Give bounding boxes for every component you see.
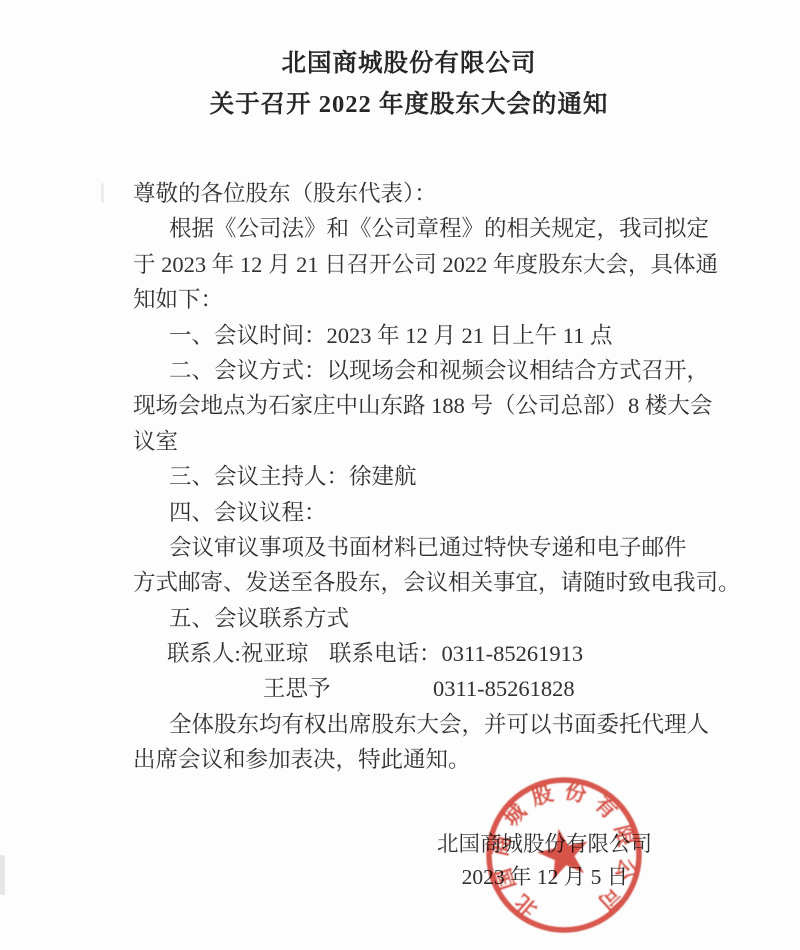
contact-phone-1: 联系电话：0311-85261913 <box>329 636 583 671</box>
document-body: 尊敬的各位股东（股东代表）： 根据《公司法》和《公司章程》的相关规定，我司拟定 … <box>133 176 713 778</box>
signature-company: 北国商城股份有限公司 <box>437 827 653 862</box>
closing-line-2: 出席会议和参加表决，特此通知。 <box>133 742 713 777</box>
item-5-contact-title: 五、会议联系方式 <box>133 601 713 636</box>
salutation-line: 尊敬的各位股东（股东代表）： <box>133 176 713 211</box>
signature-date: 2023 年 12 月 5 日 <box>437 862 653 892</box>
signature-block: 北国商城股份有限公司 2023 年 12 月 5 日 <box>437 827 653 892</box>
contact-row-1: 联系人:祝亚琼 联系电话：0311-85261913 <box>133 636 713 671</box>
item-4-agenda-line-2: 方式邮寄、发送至各股东，会议相关事宜，请随时致电我司。 <box>133 565 713 600</box>
closing-line-1: 全体股东均有权出席股东大会，并可以书面委托代理人 <box>133 707 713 742</box>
item-3-host: 三、会议主持人：徐建航 <box>133 459 713 494</box>
item-4-agenda-title: 四、会议议程： <box>133 495 713 530</box>
item-2-meeting-mode-3: 议室 <box>133 424 713 459</box>
item-4-agenda-line-1: 会议审议事项及书面材料已通过特快专递和电子邮件 <box>133 530 713 565</box>
document-title-company: 北国商城股份有限公司 <box>9 44 800 79</box>
item-1-meeting-time: 一、会议时间：2023 年 12 月 21 日上午 11 点 <box>133 318 713 353</box>
contact-person-2: 王思予 <box>263 671 331 706</box>
document-page: 北国商城股份有限公司 关于召开 2022 年度股东大会的通知 尊敬的各位股东（股… <box>0 0 800 950</box>
scan-artifact <box>0 855 5 895</box>
document-title-subject: 关于召开 2022 年度股东大会的通知 <box>9 85 800 120</box>
intro-line-2: 于 2023 年 12 月 21 日召开公司 2022 年度股东大会，具体通 <box>133 247 713 282</box>
contact-phone-2: 0311-85261828 <box>433 671 575 706</box>
contact-person-1: 联系人:祝亚琼 <box>167 636 308 671</box>
item-2-meeting-mode-2: 现场会地点为石家庄中山东路 188 号（公司总部）8 楼大会 <box>133 388 713 423</box>
intro-line-1: 根据《公司法》和《公司章程》的相关规定，我司拟定 <box>133 211 713 246</box>
contact-row-2: 王思予 0311-85261828 <box>133 671 713 706</box>
intro-line-3: 知如下： <box>133 282 713 317</box>
item-2-meeting-mode-1: 二、会议方式：以现场会和视频会议相结合方式召开， <box>133 353 713 388</box>
scan-artifact <box>101 183 104 203</box>
